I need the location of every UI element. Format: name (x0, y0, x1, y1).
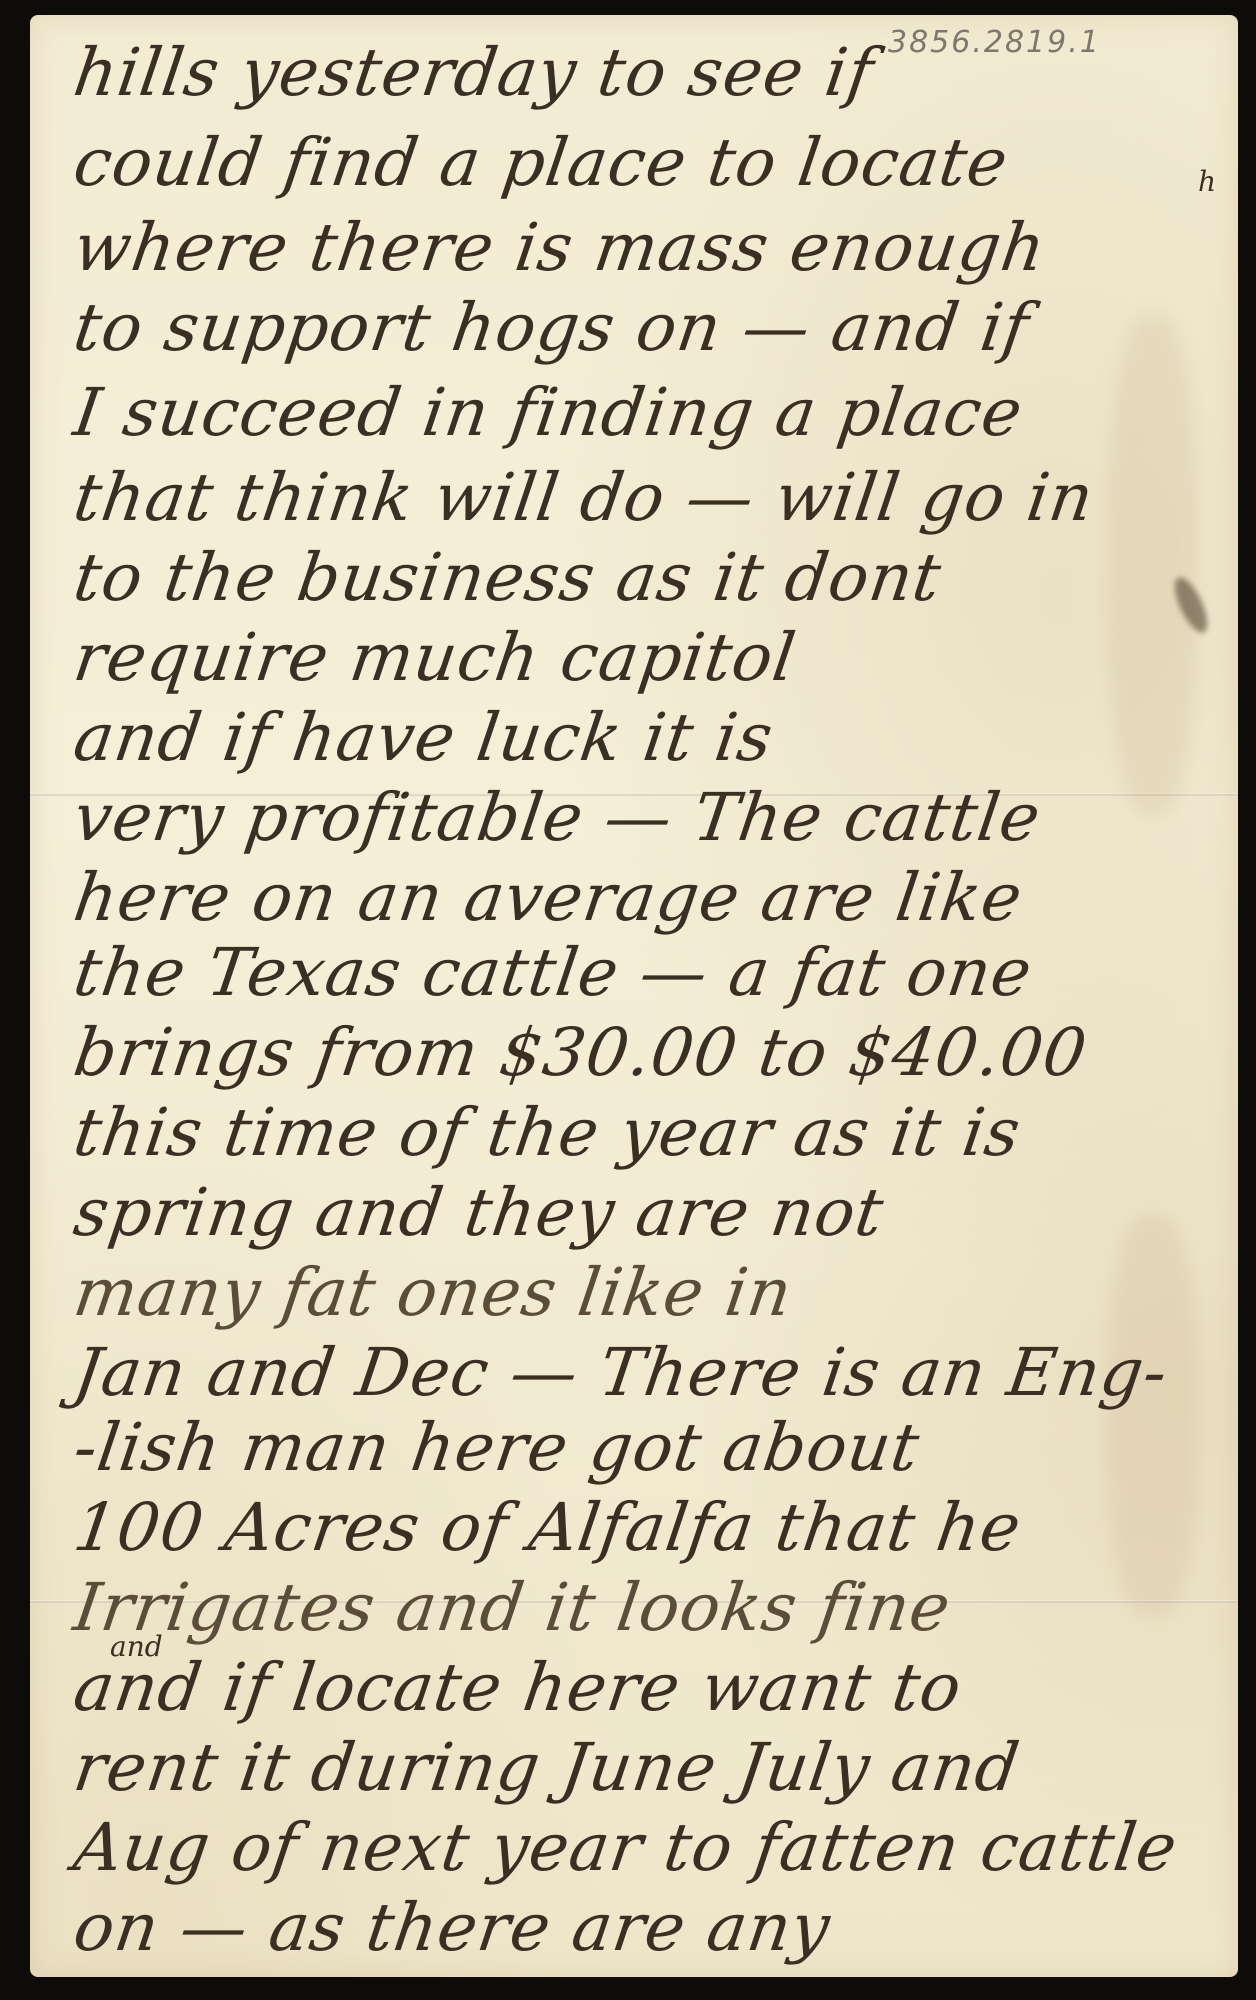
inserted-letter-h: h (1198, 165, 1216, 198)
letter-line-22: rent it during June July and (70, 1735, 1024, 1801)
letter-line-24: on — as there are any (70, 1895, 834, 1961)
letter-line-2: could find a place to locate (70, 130, 1012, 196)
letter-line-12: the Texas cattle — a fat one (70, 940, 1036, 1006)
letter-line-13: brings from $30.00 to $40.00 (70, 1020, 1091, 1086)
letter-line-1: hills yesterday to see if (70, 40, 878, 106)
letter-line-20: Irrigates and it looks fine (70, 1575, 955, 1641)
letter-line-3: where there is mass enough (70, 215, 1050, 281)
letter-page: 3856.2819.1 hills yesterday to see if co… (30, 15, 1238, 1977)
ink-bleed-through (1108, 1215, 1198, 1615)
letter-line-6: that think will do — will go in (70, 465, 1098, 531)
letter-line-21: and if locate here want to (70, 1655, 966, 1721)
letter-line-4: to support hogs on — and if (70, 295, 1033, 361)
letter-line-8: require much capitol (70, 625, 800, 691)
letter-line-17: Jan and Dec — There is an Eng- (70, 1340, 1172, 1406)
letter-line-7: to the business as it dont (70, 545, 945, 611)
letter-line-16: many fat ones like in (70, 1260, 796, 1326)
letter-line-15: spring and they are not (70, 1180, 888, 1246)
letter-line-10: very profitable — The cattle (70, 785, 1045, 851)
catalog-number: 3856.2819.1 (888, 25, 1101, 60)
letter-line-2-text: could find a place to locate (69, 124, 1013, 201)
ink-bleed-through (1108, 315, 1198, 815)
letter-line-11: here on an average are like (70, 865, 1027, 931)
letter-line-9: and if have luck it is (70, 705, 777, 771)
letter-line-14: this time of the year as it is (70, 1100, 1025, 1166)
letter-line-18: -lish man here got about (70, 1415, 924, 1481)
letter-line-19: 100 Acres of Alfalfa that he (70, 1495, 1025, 1561)
letter-line-5: I succeed in finding a place (70, 380, 1027, 446)
letter-line-23: Aug of next year to fatten cattle (70, 1815, 1181, 1881)
